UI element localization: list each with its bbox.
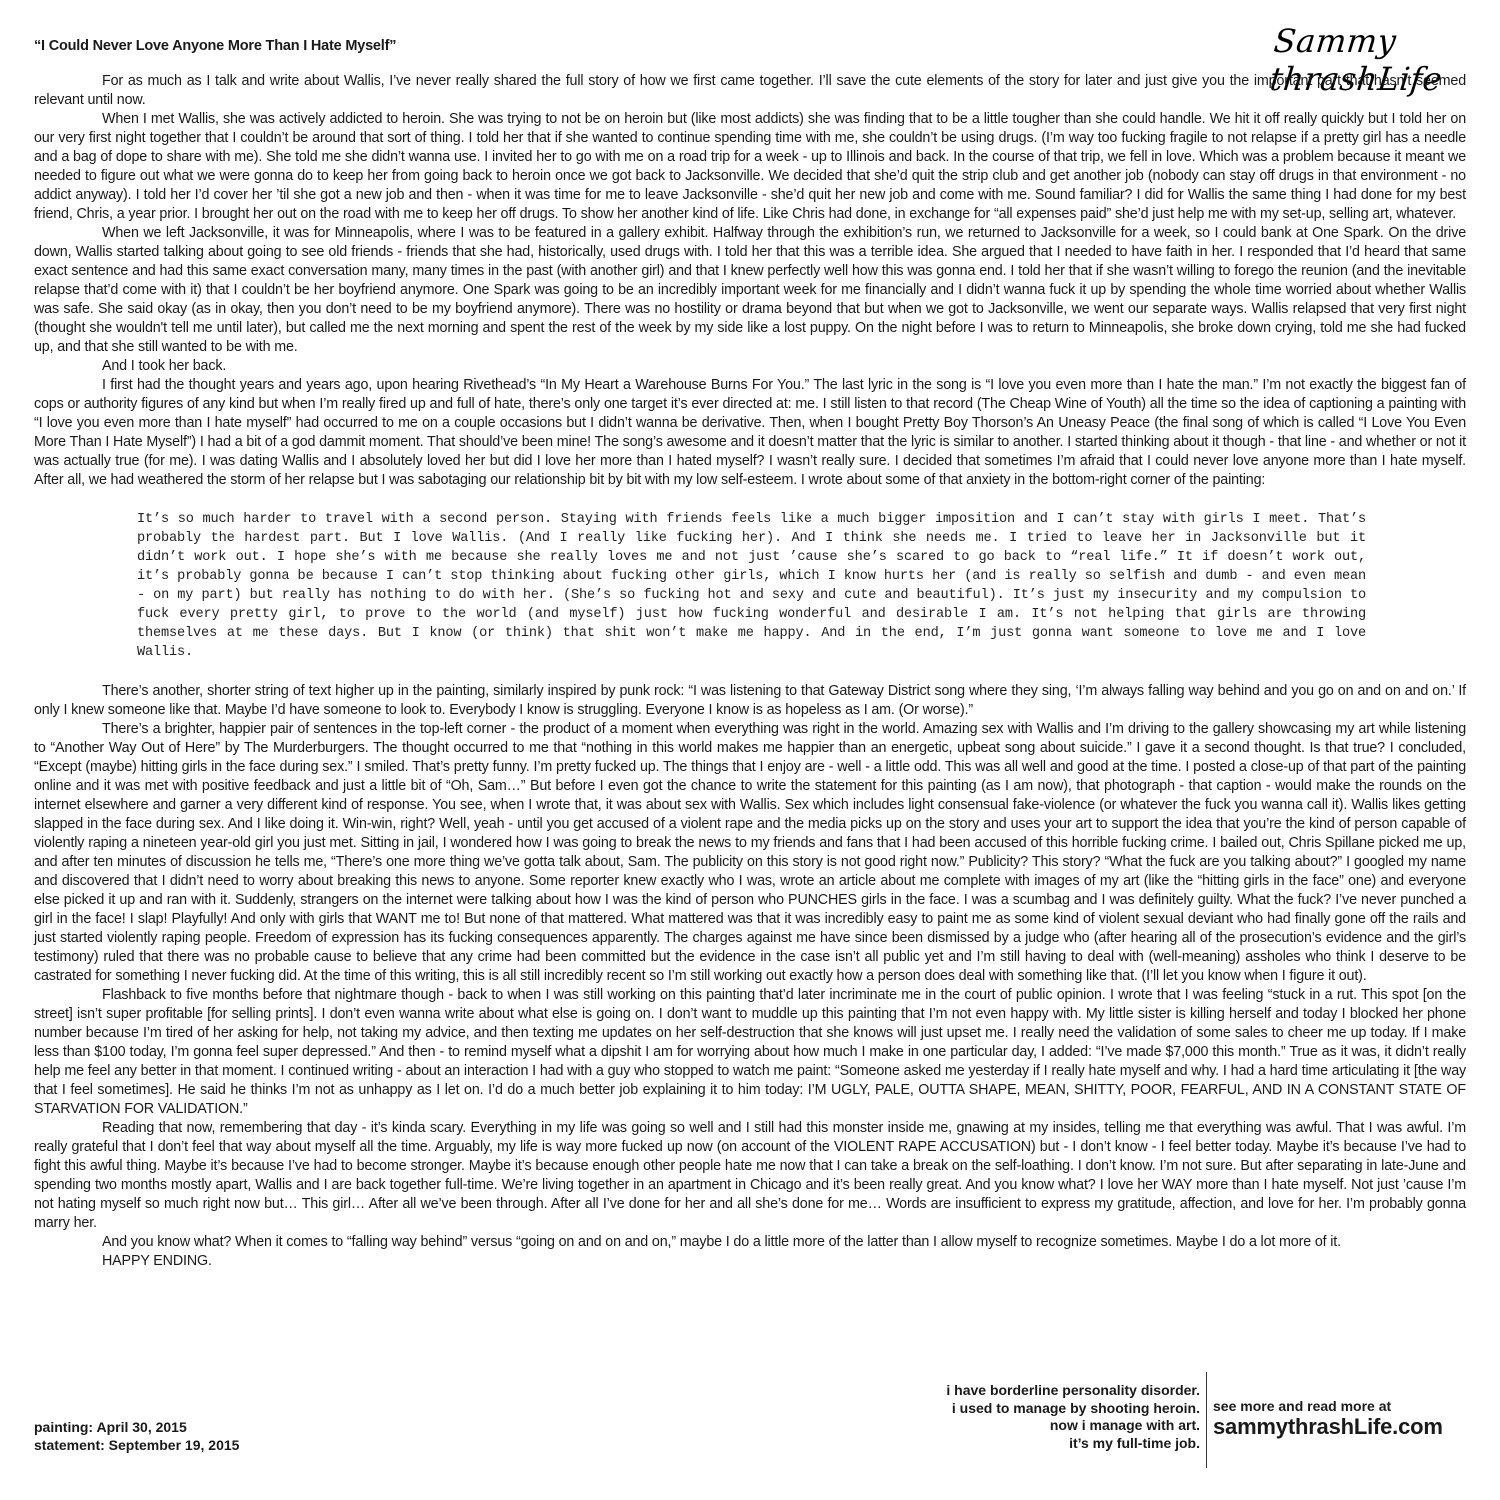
statement-body: For as much as I talk and write about Wa… — [34, 72, 1466, 1271]
paragraph: For as much as I talk and write about Wa… — [34, 72, 1466, 110]
footer-divider — [1206, 1372, 1207, 1468]
bio-line: i have borderline personality disorder. — [946, 1382, 1200, 1400]
artist-bio: i have borderline personality disorder. … — [946, 1382, 1200, 1452]
paragraph: Flashback to five months before that nig… — [34, 986, 1466, 1119]
painting-date: painting: April 30, 2015 — [34, 1418, 239, 1436]
bio-line: now i manage with art. — [946, 1417, 1200, 1435]
paragraph: There’s another, shorter string of text … — [34, 682, 1466, 720]
paragraph: When we left Jacksonville, it was for Mi… — [34, 224, 1466, 357]
cta-text: see more and read more at — [1213, 1398, 1443, 1414]
footer-dates: painting: April 30, 2015 statement: Sept… — [34, 1418, 239, 1454]
paragraph: There’s a brighter, happier pair of sent… — [34, 720, 1466, 986]
website-callout: see more and read more at sammythrashLif… — [1213, 1398, 1443, 1440]
paragraph: And you know what? When it comes to “fal… — [34, 1233, 1466, 1252]
document-title: “I Could Never Love Anyone More Than I H… — [34, 38, 396, 54]
paragraph: I first had the thought years and years … — [34, 376, 1466, 490]
website-link[interactable]: sammythrashLife.com — [1213, 1414, 1443, 1440]
paragraph: And I took her back. — [34, 357, 1466, 376]
paragraph: HAPPY ENDING. — [34, 1252, 1466, 1271]
painting-quote: It’s so much harder to travel with a sec… — [137, 510, 1366, 662]
bio-line: i used to manage by shooting heroin. — [946, 1400, 1200, 1418]
statement-date: statement: September 19, 2015 — [34, 1436, 239, 1454]
bio-line: it’s my full-time job. — [946, 1435, 1200, 1453]
paragraph: Reading that now, remembering that day -… — [34, 1119, 1466, 1233]
paragraph: When I met Wallis, she was actively addi… — [34, 110, 1466, 224]
